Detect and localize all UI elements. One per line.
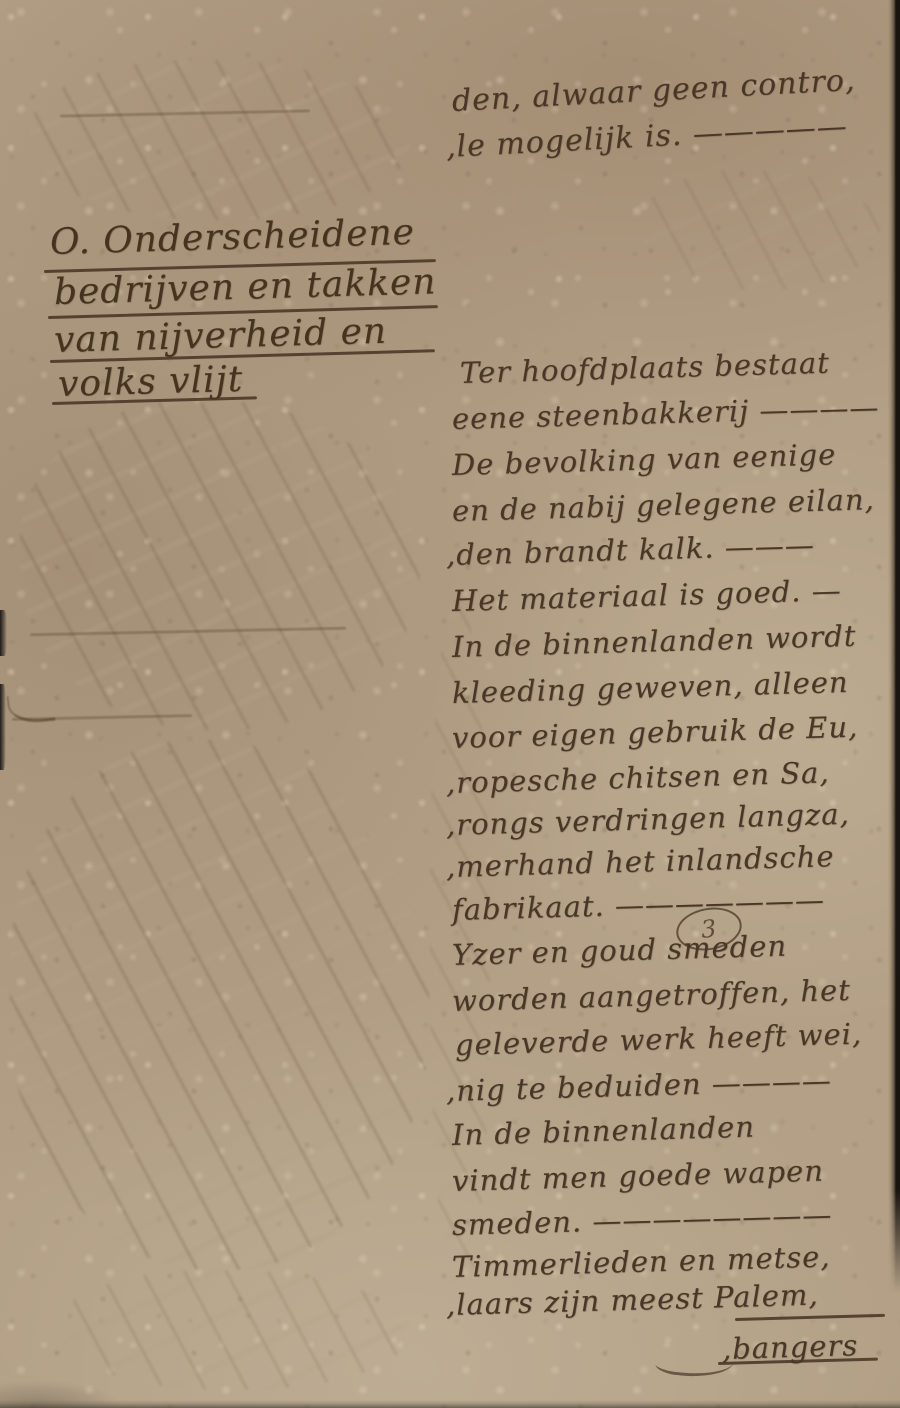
bleedthrough-patch [640,170,880,290]
manuscript-page: den, alwaar geen contro, ,le mogelijk is… [0,0,900,1408]
page-edge-right-fade [888,1190,900,1312]
page-edge-left-tear [0,684,6,770]
page-edge-right [888,0,900,1310]
page-edge-left-tear [0,610,7,656]
corner-stain [0,1358,190,1408]
